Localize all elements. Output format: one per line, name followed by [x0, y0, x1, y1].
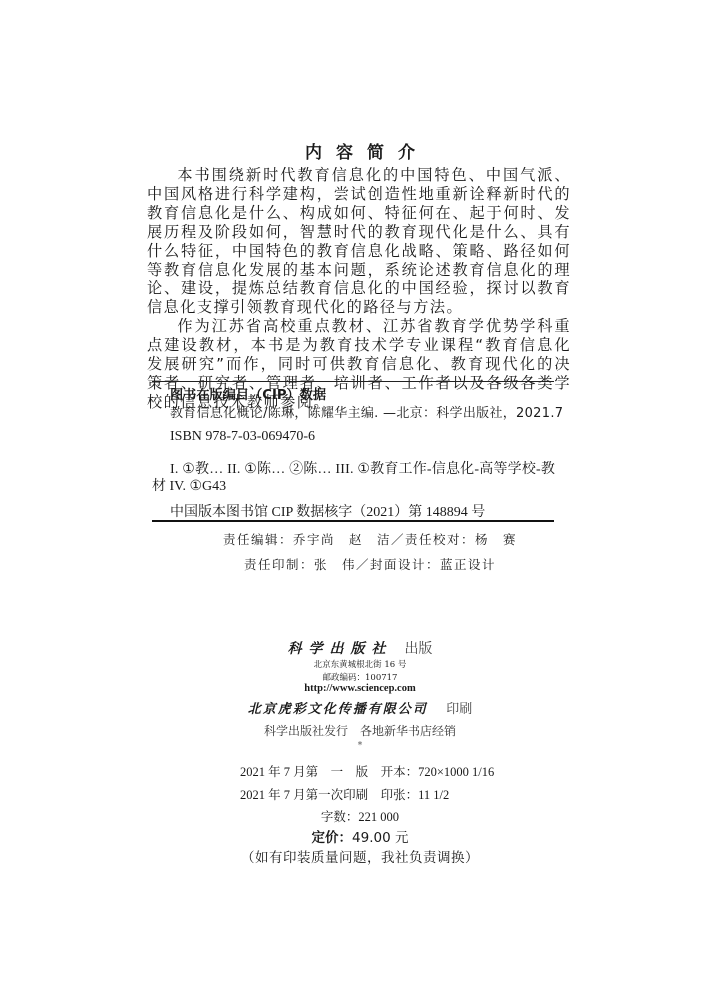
price-label: 定价：: [312, 830, 353, 846]
section-title: 内容简介: [0, 138, 720, 163]
cip-record-number: 中国版本图书馆 CIP 数据核字（2021）第 148894 号: [170, 501, 485, 521]
price-value: 49.00 元: [352, 830, 408, 846]
cip-classification-1: I. ①教… II. ①陈… ②陈… III. ①教育工作-信息化-高等学校-教: [170, 458, 555, 478]
publisher-suffix: 出版: [404, 641, 432, 657]
printer-name: 北京虎彩文化传播有限公司: [248, 702, 428, 717]
cip-bottom-rule: [152, 520, 554, 522]
editor-credits: 责任编辑：乔宇尚 赵 洁／责任校对：杨 赛: [10, 530, 720, 548]
price: 定价：49.00 元: [0, 826, 720, 846]
cip-classification-2: 材 IV. ①G43: [152, 475, 226, 495]
printing-line: 2021 年 7 月第一次印刷 印张：11 1/2: [240, 785, 449, 803]
cip-top-rule: [152, 381, 554, 382]
publisher-address: 北京东黄城根北街 16 号: [0, 658, 720, 670]
intro-paragraph-1: 本书围绕新时代教育信息化的中国特色、中国气派、中国风格进行科学建构，尝试创造性地…: [147, 166, 571, 317]
distribution-line: 科学出版社发行 各地新华书店经销: [0, 722, 720, 739]
printer-suffix: 印刷: [446, 702, 472, 717]
separator-star: *: [0, 741, 720, 751]
print-credits: 责任印制：张 伟／封面设计：蓝正设计: [10, 555, 720, 573]
printer: 北京虎彩文化传播有限公司 印刷: [0, 698, 720, 717]
publisher-postcode: 邮政编码：100717: [0, 671, 720, 683]
cip-heading: 图书在版编目（CIP）数据: [170, 384, 326, 403]
word-count: 字数：221 000: [0, 807, 720, 825]
publisher-name-text: 科学出版社: [288, 641, 393, 657]
quality-notice: （如有印装质量问题，我社负责调换）: [0, 846, 720, 866]
publisher-name: 科学出版社 出版: [0, 638, 720, 658]
cip-title-line: 教育信息化概论/陈琳，陈耀华主编. —北京：科学出版社，2021.7: [170, 402, 563, 421]
cip-isbn: ISBN 978-7-03-069470-6: [170, 429, 315, 445]
publisher-url: http://www.sciencep.com: [0, 683, 720, 694]
edition-line: 2021 年 7 月第 一 版 开本：720×1000 1/16: [240, 762, 494, 780]
intro-body: 本书围绕新时代教育信息化的中国特色、中国气派、中国风格进行科学建构，尝试创造性地…: [147, 166, 571, 412]
